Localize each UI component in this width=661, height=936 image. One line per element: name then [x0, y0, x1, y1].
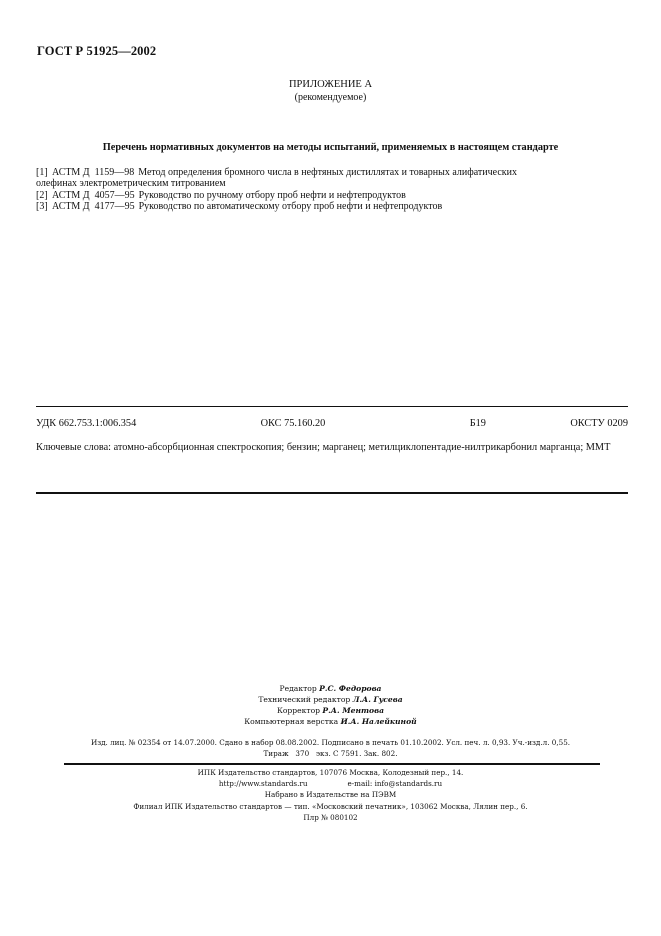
oks-code: ОКС 75.160.20 — [261, 418, 326, 429]
printer-branch: Филиал ИПК Издательство стандартов — тип… — [0, 801, 661, 812]
references-heading: Перечень нормативных документов на метод… — [0, 142, 661, 153]
keywords: Ключевые слова: атомно-абсорбционная спе… — [36, 442, 628, 455]
publisher-address: ИПК Издательство стандартов, 107076 Моск… — [0, 767, 661, 778]
printer-license: Плр № 080102 — [0, 812, 661, 823]
group-code: Б19 — [470, 418, 486, 429]
staff-line: Компьютерная верстка И.А. Налейкиной — [0, 716, 661, 727]
reference-item: [3] АСТМ Д 4177—95 Руководство по автома… — [36, 201, 636, 212]
staff-role: Технический редактор — [258, 695, 350, 704]
publisher-contacts: http://www.standards.rue-mail: info@stan… — [0, 778, 661, 789]
appendix-subtitle: (рекомендуемое) — [0, 92, 661, 103]
reference-code: АСТМ Д 4057—95 — [52, 190, 135, 201]
reference-item: [1] АСТМ Д 1159—98 Метод определения бро… — [36, 167, 636, 190]
reference-code: АСТМ Д 4177—95 — [52, 201, 135, 212]
imprint-line: Тираж 370 экз. С 7591. Зак. 802. — [0, 748, 661, 759]
references-list: [1] АСТМ Д 1159—98 Метод определения бро… — [36, 167, 636, 212]
divider — [36, 492, 628, 494]
imprint: Изд. лиц. № 02354 от 14.07.2000. Сдано в… — [0, 737, 661, 759]
reference-code: АСТМ Д 1159—98 — [52, 167, 134, 178]
reference-number: [1] — [36, 167, 52, 178]
reference-number: [3] — [36, 201, 52, 212]
typeset-note: Набрано в Издательстве на ПЭВМ — [0, 789, 661, 800]
okstu-code: ОКСТУ 0209 — [570, 418, 628, 429]
publisher-url[interactable]: http://www.standards.ru — [219, 779, 308, 788]
divider — [64, 763, 600, 765]
staff-name: Р.С. Федорова — [319, 684, 381, 693]
divider — [36, 406, 628, 407]
staff-name: Р.А. Ментова — [322, 706, 384, 715]
reference-item: [2] АСТМ Д 4057—95 Руководство по ручном… — [36, 190, 636, 201]
staff-role: Компьютерная верстка — [244, 717, 338, 726]
reference-title: Руководство по ручному отбору проб нефти… — [139, 190, 636, 201]
staff-line: Корректор Р.А. Ментова — [0, 705, 661, 716]
staff-name: Л.А. Гусева — [353, 695, 403, 704]
reference-title: Метод определения бромного числа в нефтя… — [138, 167, 636, 178]
staff-credits: Редактор Р.С. Федорова Технический редак… — [0, 683, 661, 727]
reference-number: [2] — [36, 190, 52, 201]
staff-role: Редактор — [280, 684, 317, 693]
imprint-line: Изд. лиц. № 02354 от 14.07.2000. Сдано в… — [0, 737, 661, 748]
publisher-info: ИПК Издательство стандартов, 107076 Моск… — [0, 767, 661, 823]
reference-title-continuation: олефинах электрометрическим титрованием — [36, 178, 636, 189]
appendix-title: ПРИЛОЖЕНИЕ А — [0, 79, 661, 90]
staff-line: Редактор Р.С. Федорова — [0, 683, 661, 694]
udk-code: УДК 662.753.1:006.354 — [36, 418, 136, 429]
classification-row: УДК 662.753.1:006.354 ОКС 75.160.20 Б19 … — [36, 418, 628, 429]
staff-line: Технический редактор Л.А. Гусева — [0, 694, 661, 705]
reference-title: Руководство по автоматическому отбору пр… — [139, 201, 636, 212]
staff-name: И.А. Налейкиной — [341, 717, 417, 726]
document-code: ГОСТ Р 51925—2002 — [37, 44, 156, 59]
staff-role: Корректор — [277, 706, 320, 715]
publisher-email[interactable]: e-mail: info@standards.ru — [347, 779, 442, 788]
